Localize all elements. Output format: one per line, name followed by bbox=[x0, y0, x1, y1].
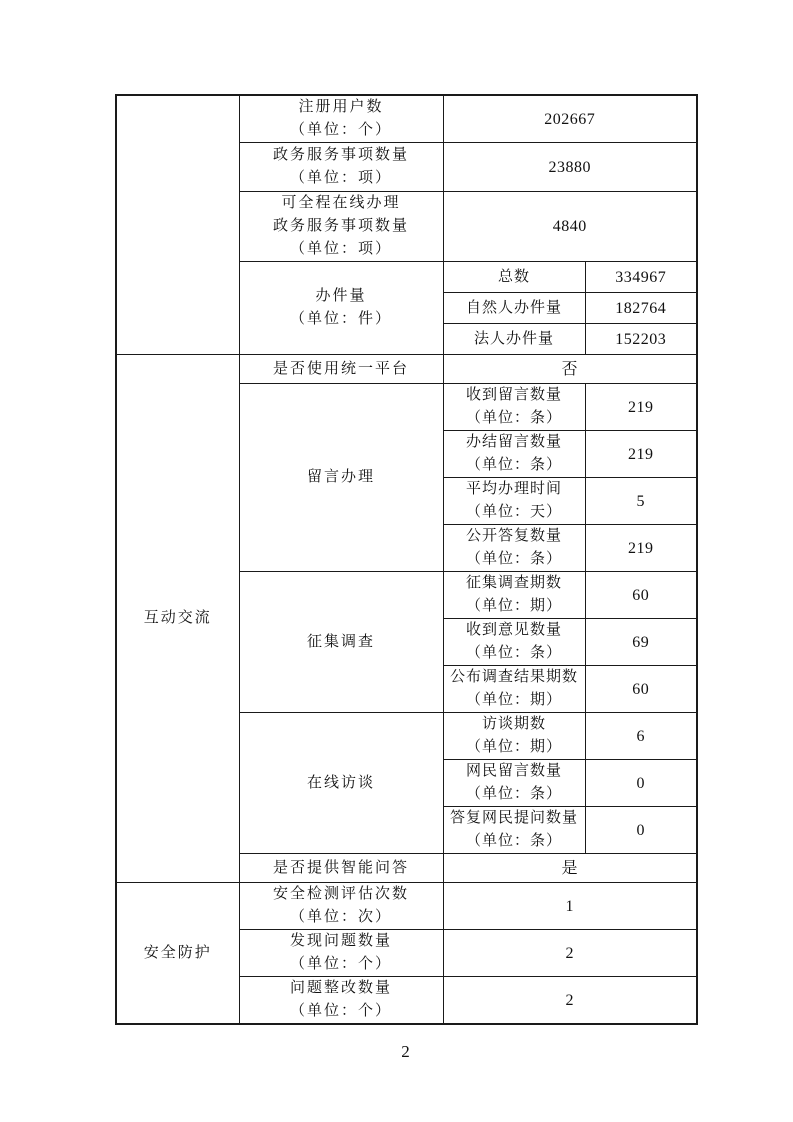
sub-metric-value: 69 bbox=[585, 619, 697, 666]
sub-metric-label: 收到意见数量 bbox=[444, 619, 585, 642]
metric-cell-registered-users: 注册用户数 （单位：个） bbox=[239, 95, 443, 143]
sub-metric-value: 219 bbox=[585, 384, 697, 431]
sub-metric-label-legal-person: 法人办件量 bbox=[443, 324, 585, 355]
sub-metric-unit: （单位：条） bbox=[444, 830, 585, 853]
metric-label: 注册用户数 bbox=[240, 96, 443, 119]
metric-label: 发现问题数量 bbox=[240, 930, 443, 953]
sub-metric-cell: 公开答复数量 （单位：条） bbox=[443, 525, 585, 572]
metric-label: 问题整改数量 bbox=[240, 977, 443, 1000]
group-unit: （单位：件） bbox=[240, 308, 443, 331]
group-label: 办件量 bbox=[240, 285, 443, 308]
group-cell-online-interview: 在线访谈 bbox=[239, 713, 443, 854]
metric-label: 可全程在线办理 bbox=[240, 192, 443, 215]
sub-metric-cell: 访谈期数 （单位：期） bbox=[443, 713, 585, 760]
sub-metric-unit: （单位：条） bbox=[444, 642, 585, 665]
sub-metric-value-total: 334967 bbox=[585, 262, 697, 293]
sub-metric-value: 60 bbox=[585, 666, 697, 713]
sub-metric-cell: 办结留言数量 （单位：条） bbox=[443, 431, 585, 478]
group-cell-case-volume: 办件量 （单位：件） bbox=[239, 262, 443, 355]
sub-metric-unit: （单位：条） bbox=[444, 548, 585, 571]
sub-metric-value: 6 bbox=[585, 713, 697, 760]
metric-unit: （单位：项） bbox=[240, 238, 443, 261]
sub-metric-cell: 收到留言数量 （单位：条） bbox=[443, 384, 585, 431]
sub-metric-cell: 答复网民提问数量 （单位：条） bbox=[443, 807, 585, 854]
metric-value-smart-qa: 是 bbox=[443, 854, 697, 883]
metric-cell-service-items: 政务服务事项数量 （单位：项） bbox=[239, 143, 443, 192]
sub-metric-value: 219 bbox=[585, 431, 697, 478]
metric-value-registered-users: 202667 bbox=[443, 95, 697, 143]
category-cell-blank bbox=[116, 95, 239, 355]
sub-metric-value: 219 bbox=[585, 525, 697, 572]
sub-metric-label: 公布调查结果期数 bbox=[444, 666, 585, 689]
sub-metric-value: 5 bbox=[585, 478, 697, 525]
sub-metric-label: 办结留言数量 bbox=[444, 431, 585, 454]
metric-value-full-online-items: 4840 bbox=[443, 192, 697, 262]
metric-cell-problems-fixed: 问题整改数量 （单位：个） bbox=[239, 977, 443, 1025]
metric-label: 政务服务事项数量 bbox=[240, 215, 443, 238]
metric-cell-problems-found: 发现问题数量 （单位：个） bbox=[239, 930, 443, 977]
sub-metric-value: 60 bbox=[585, 572, 697, 619]
metric-value-security-checks: 1 bbox=[443, 883, 697, 930]
sub-metric-value: 0 bbox=[585, 807, 697, 854]
sub-metric-label: 平均办理时间 bbox=[444, 478, 585, 501]
sub-metric-label-natural-person: 自然人办件量 bbox=[443, 293, 585, 324]
sub-metric-unit: （单位：天） bbox=[444, 501, 585, 524]
sub-metric-label: 征集调查期数 bbox=[444, 572, 585, 595]
sub-metric-unit: （单位：期） bbox=[444, 736, 585, 759]
sub-metric-label: 网民留言数量 bbox=[444, 760, 585, 783]
page-number: 2 bbox=[115, 1042, 696, 1062]
metric-value-unified-platform: 否 bbox=[443, 355, 697, 384]
sub-metric-cell: 收到意见数量 （单位：条） bbox=[443, 619, 585, 666]
sub-metric-cell: 平均办理时间 （单位：天） bbox=[443, 478, 585, 525]
group-cell-solicitation-survey: 征集调查 bbox=[239, 572, 443, 713]
sub-metric-unit: （单位：条） bbox=[444, 407, 585, 430]
sub-metric-unit: （单位：条） bbox=[444, 454, 585, 477]
sub-metric-cell: 征集调查期数 （单位：期） bbox=[443, 572, 585, 619]
metric-label: 政务服务事项数量 bbox=[240, 144, 443, 167]
sub-metric-label: 答复网民提问数量 bbox=[444, 807, 585, 830]
sub-metric-cell: 公布调查结果期数 （单位：期） bbox=[443, 666, 585, 713]
metric-value-service-items: 23880 bbox=[443, 143, 697, 192]
metric-unit: （单位：个） bbox=[240, 1000, 443, 1023]
group-cell-message-handling: 留言办理 bbox=[239, 384, 443, 572]
metric-cell-full-online-items: 可全程在线办理 政务服务事项数量 （单位：项） bbox=[239, 192, 443, 262]
sub-metric-label: 收到留言数量 bbox=[444, 384, 585, 407]
sub-metric-value: 0 bbox=[585, 760, 697, 807]
document-page: 注册用户数 （单位：个） 202667 政务服务事项数量 （单位：项） 2388… bbox=[0, 0, 793, 1122]
sub-metric-unit: （单位：期） bbox=[444, 595, 585, 618]
metric-label: 安全检测评估次数 bbox=[240, 883, 443, 906]
metric-unit: （单位：次） bbox=[240, 906, 443, 929]
metric-value-problems-found: 2 bbox=[443, 930, 697, 977]
category-cell-security: 安全防护 bbox=[116, 883, 239, 1025]
metric-unit: （单位：个） bbox=[240, 119, 443, 142]
category-cell-interaction: 互动交流 bbox=[116, 355, 239, 883]
metric-cell-security-checks: 安全检测评估次数 （单位：次） bbox=[239, 883, 443, 930]
sub-metric-unit: （单位：期） bbox=[444, 689, 585, 712]
sub-metric-unit: （单位：条） bbox=[444, 783, 585, 806]
metric-unit: （单位：个） bbox=[240, 953, 443, 976]
sub-metric-label: 公开答复数量 bbox=[444, 525, 585, 548]
sub-metric-value-legal-person: 152203 bbox=[585, 324, 697, 355]
sub-metric-label: 访谈期数 bbox=[444, 713, 585, 736]
sub-metric-label-total: 总数 bbox=[443, 262, 585, 293]
metric-value-problems-fixed: 2 bbox=[443, 977, 697, 1025]
report-table: 注册用户数 （单位：个） 202667 政务服务事项数量 （单位：项） 2388… bbox=[115, 94, 698, 1025]
sub-metric-value-natural-person: 182764 bbox=[585, 293, 697, 324]
metric-unit: （单位：项） bbox=[240, 167, 443, 190]
sub-metric-cell: 网民留言数量 （单位：条） bbox=[443, 760, 585, 807]
metric-cell-unified-platform: 是否使用统一平台 bbox=[239, 355, 443, 384]
metric-cell-smart-qa: 是否提供智能问答 bbox=[239, 854, 443, 883]
